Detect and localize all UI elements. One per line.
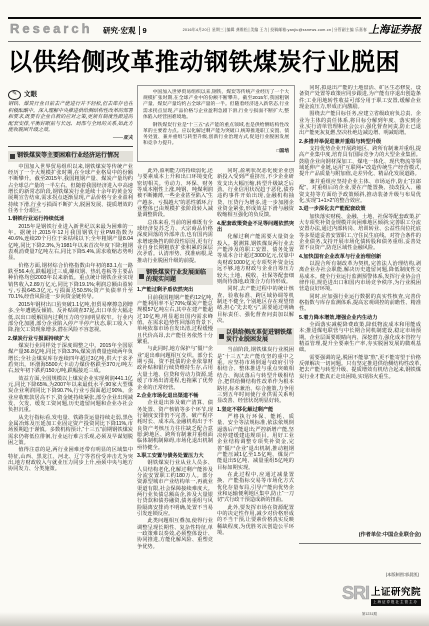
paragraph: 煤炭行业同样处于深度调整之中。2015年全国原煤产量36.8亿吨,同比下降3.3… — [8, 343, 133, 375]
wenyan-signature: ——亚夫 — [8, 136, 133, 143]
paragraph: 钢铁煤炭行业从业人员多、人员结构老化,化解过剩产能涉及分流安置职工约180万人。… — [137, 460, 213, 517]
subhead: 2.多措并举促进兼并重组与转型升级 — [299, 139, 421, 145]
paragraph: 总体来看,当前的困难既有全球经济复苏乏力、大宗商品价格深度回落的外部冲击,也有国… — [137, 220, 213, 264]
paragraph: 同时,应加强行业运行数据的真实性核查,完善价格指数与库存监测体系,提高宏观调控的… — [299, 294, 421, 313]
section-title: 钢铁煤炭等主要困难行业经济运行情况 — [8, 151, 133, 162]
paragraph: 当前阶段,钢铁煤炭行业脱困是“十三五”去产能攻坚的重中之重。应坚持市场倒逼与政府… — [217, 347, 294, 404]
paragraph: 以混合所有制改革为契机,完善法人治理结构,剥离企业办社会职能,解决历史遗留问题,… — [299, 261, 421, 293]
main-headline: 以供给侧改革推动钢铁煤炭行业脱困 — [8, 50, 388, 76]
author-unit: (作者单位:中国企业联合会) — [299, 531, 421, 538]
paragraph: 严格执行环保、能耗、质量、安全等法规标准,依法依规倒逼落后产能退出;严控新增产能… — [217, 414, 294, 471]
column-2: 此外,盈利能力的持续弱化,还与要素成本上升和出口环境变化密切相关。劳动力、环保、… — [137, 168, 213, 604]
section-title: 以供给侧改革促进钢铁煤炭行业脱困发展 — [217, 328, 294, 345]
paragraph: 与此同时,地方保护与“僵尸企业”退出难问题相互交织。部分长期亏损、资不抵债的企业… — [137, 346, 213, 390]
column-1: ✎ 文眼 钢铁、煤炭行业目前去产能进行并不轻松,但去库存也在积极酝酿中。深入理解… — [8, 90, 133, 604]
paragraph: 化解过剩产能需要大量资金投入。据测算,钢铁煤炭两行业去产能涉及的职工安置、债务处… — [217, 234, 294, 285]
section-marker-icon — [10, 154, 15, 159]
section-title-text: 钢铁煤炭等主要困难行业经济运行情况 — [17, 153, 119, 160]
paragraph: 同时,盈利状况恶化使企业创新投入受到严重挤压,不少企业研发支出大幅压缩,转型升级… — [217, 168, 294, 219]
sri-logo-tagline: 上海证券报社主管主办 — [371, 599, 421, 606]
sri-logo-text: 上证研究院 上海证券报社主管主办 — [371, 584, 421, 606]
sri-logo-name: 上证研究院 — [371, 584, 421, 598]
section-marker-icon — [139, 274, 144, 279]
paragraph: 从先行指标看,发电量、铁路货运量持续走弱,黑色金属冶炼及压延加工业固定资产投资同… — [8, 415, 133, 447]
credit-line: (本版制图:郭晨凯) — [386, 572, 419, 578]
wenyan-stamp-icon: ✎ — [8, 90, 21, 100]
subhead: 3.职工安置与债务处置压力大 — [137, 453, 213, 459]
paragraph: 此类问题相互叠加,使得行业调整呈现长期性、复杂性特征,单一政策难以奏效,必须整体… — [137, 518, 213, 550]
column-4: 同时,拟退出产能的土地盘活、矿区生态修复、设备资产处置等政策应同步跟进,为产能有… — [299, 85, 421, 529]
paragraph: 中国加入世界贸易组织以来,钢铁煤炭等传统产业经历了一个大规模扩张时期,在全球产业… — [8, 164, 133, 215]
intro-paragraph: 钢铁煤炭行业是“十三五”去产能的重点领域,也是供给侧结构性改革的主要着力点。应以… — [143, 123, 289, 148]
paragraph: 2015年钢材出口虽突破1.1亿吨,但贸易摩擦急剧增多,全年遭遇反倾销、反补贴调… — [8, 302, 133, 334]
paragraph: 同时,拟退出产能的土地盘活、矿区生态修复、设备资产处置等政策应同步跟进,为产能有… — [299, 85, 421, 110]
article-end-rule — [299, 543, 421, 544]
intro-box: 中国加入世界贸易组织以来,钢铁、煤炭等传统产业经历了一个大规模扩张时期,在全球产… — [137, 85, 295, 162]
sri-logo: SRI 上证研究院 上海证券报社主管主办 — [342, 584, 421, 606]
masthead-info: 2016年4月20日 星期三│编辑 龚维松│美编 王力│投稿邮箱:yanjiu@… — [183, 28, 367, 33]
wenyan-badge: 文眼 — [24, 91, 37, 99]
paragraph: 此外,要发挥市场在资源配置中的决定性作用,减少对价格形成的不当干预,让要素价格真… — [217, 505, 294, 537]
paragraph: 价格方面,钢材综合价格指数由年初的83.1点一路跌至56.4点,跌幅超过三成,螺… — [8, 263, 133, 301]
subhead: 4.加快国有企业改革与行业治理创新 — [299, 254, 421, 260]
page-number: 9 — [143, 26, 147, 35]
paragraph: 需要强调的是,脱困不能靠“熬”,更不能寄望于价格反弹解决一切问题。只有坚定推进供… — [299, 355, 421, 380]
subhead: 1.产能过剩矛盾依然突出 — [137, 287, 213, 293]
paragraph: 企业退出涉及破产清算、债务处置、资产核销等多个环节,现行制度安排仍不完善。破产程… — [137, 400, 213, 451]
section-title-text: 钢铁煤炭行业发展面临的现实问题 — [146, 270, 211, 283]
section-title: 钢铁煤炭行业发展面临的现实问题 — [137, 268, 213, 285]
wenyan-header: ✎ 文眼 — [8, 90, 133, 100]
intro-paragraph: 中国加入世界贸易组织以来,钢铁、煤炭等传统产业经历了一个大规模扩张时期,在全球产… — [143, 90, 289, 121]
paragraph: 在此过程中,应通过减量置换、产能指标交易等市场化方式优化存量布局,引导产能向优势… — [217, 472, 294, 504]
paragraph: 全面落实减税降费政策,降低物流成本和用能成本;推进煤电联营与中长期合同机制建设,… — [299, 322, 421, 354]
section-divider — [139, 26, 140, 35]
paragraph: 此外,盈利能力的持续弱化,还与要素成本上升和出口环境变化密切相关。劳动力、环保、… — [137, 168, 213, 219]
paper-name: 上海证券报 — [369, 22, 422, 37]
subhead: 4.配套政策资金不足等问题依然突出 — [217, 221, 294, 234]
paragraph: 围绕去产能目标任务,应建立省级政府负总责、企业为主体的责任体系,将目标分解到年度… — [299, 111, 421, 136]
header-rule — [8, 41, 421, 42]
column-3: 同时,盈利状况恶化使企业创新投入受到严重挤压,不少企业研发支出大幅压缩,转型升级… — [217, 168, 294, 604]
paragraph: 2015年是钢铁行业进入新世纪以来最为困难的一年。据统计,2015年12月我国钢… — [8, 224, 133, 262]
paragraph: 支持优势企业开展跨地区、跨所有制兼并重组,提高产业集中度,培育具有国际竞争力的大… — [299, 146, 421, 178]
section-title-text: 以供给侧改革促进钢铁煤炭行业脱困发展 — [226, 330, 292, 343]
scan-shadow — [0, 612, 429, 626]
newspaper-page: { "header": { "brand": "Research", "sect… — [0, 0, 429, 626]
subhead: 5.着力降本增效,增强企业内生动力 — [299, 315, 421, 321]
sri-logo-mark: SRI — [342, 584, 369, 602]
paragraph: 目前我国粗钢产能约12亿吨,产能利用率不足70%;煤炭产能总规模57亿吨左右,其… — [137, 295, 213, 346]
wenyan-text: 钢铁、煤炭行业目前去产能进行并不轻松,但去库存也在积极酝酿中。深入理解中央推进供… — [8, 102, 133, 135]
research-brand: Research — [10, 21, 93, 36]
subhead: 2.煤炭行业亏损面持续扩大 — [8, 336, 133, 342]
paragraph: 同时,去产能过程中的统计核查、验收标准、跨区域协调等机制还不健全,个别地区存在观… — [217, 286, 294, 324]
section-marker-icon — [219, 334, 224, 339]
wenyan-box: ✎ 文眼 钢铁、煤炭行业目前去产能进行并不轻松,但去库存也在积极酝酿中。深入理解… — [8, 90, 133, 147]
subhead: 2.企业市场化退出渠道不畅 — [137, 393, 213, 399]
intro-signature: □国培 — [143, 149, 289, 155]
paragraph: 值得注意的是,两行业困难还带有明显的区域集中特征,山西、黑龙江、河北、辽宁等省份… — [8, 447, 133, 472]
subhead: 1.钢铁行业运行持续低迷 — [8, 216, 133, 222]
column1-content: 钢铁煤炭等主要困难行业经济运行情况中国加入世界贸易组织以来,钢铁煤炭等传统产业经… — [8, 151, 133, 473]
section-label: 研究·宏观 9 — [103, 25, 147, 36]
top-rule — [8, 17, 421, 19]
subhead: 3.进一步深化去产能配套政策 — [299, 206, 421, 212]
paragraph: 加快落实财税、金融、土地、社保等配套政策,扩大专项奖补资金规模并向困难地区倾斜;… — [299, 214, 421, 252]
paragraph: 兼并重组应坚持企业主体、市场运作,防止“拉郎配”。对重组后的企业,要在产能置换、… — [299, 179, 421, 204]
subhead: 1.坚定不移化解过剩产能 — [217, 407, 294, 413]
paragraph: 效益方面,全国规模以上煤炭企业实现利润441.1亿元,同比下降65%,为2007… — [8, 376, 133, 414]
section-name: 研究·宏观 — [103, 25, 136, 36]
